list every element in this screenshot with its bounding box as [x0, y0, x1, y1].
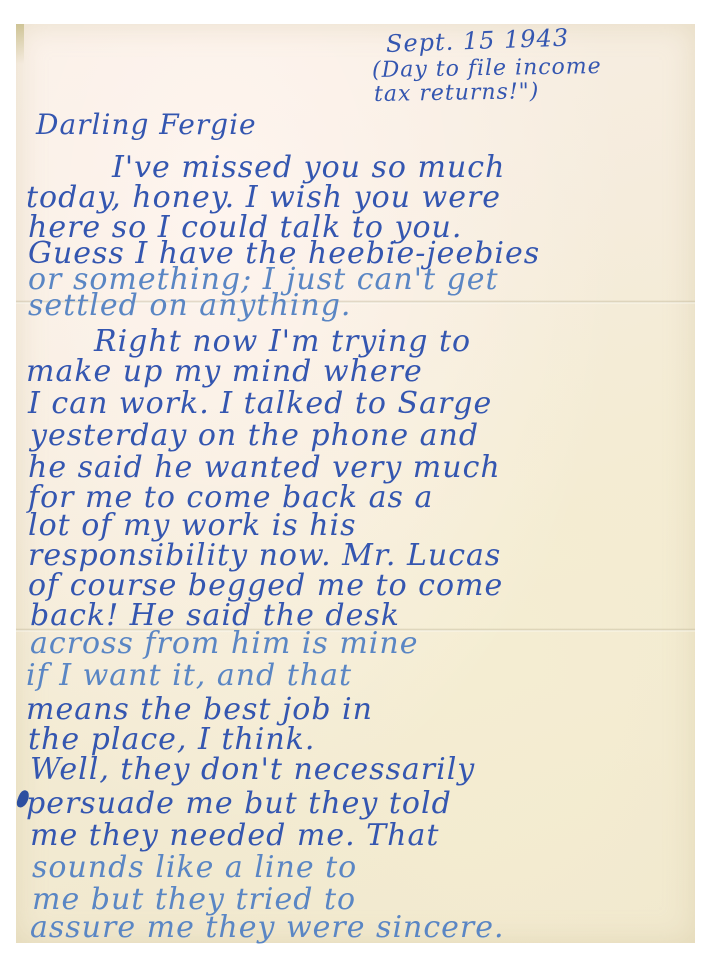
body-line: yesterday on the phone and — [30, 418, 479, 453]
body-line: make up my mind where — [26, 354, 423, 389]
letter-date-note-1: (Day to file income — [372, 54, 602, 83]
body-line: settled on anything. — [28, 288, 351, 323]
body-line: if I want it, and that — [26, 658, 352, 693]
letter-date-note-2: tax returns!") — [374, 79, 540, 107]
body-line: me they needed me. That — [30, 818, 439, 853]
body-line: assure me they were sincere. — [30, 910, 505, 945]
body-line: I can work. I talked to Sarge — [28, 386, 492, 421]
body-line: across from him is mine — [30, 626, 418, 661]
letter-salutation: Darling Fergie — [36, 108, 257, 141]
body-line: Well, they don't necessarily — [30, 752, 475, 787]
letter-date: Sept. 15 1943 — [386, 24, 570, 58]
letter-paper: Sept. 15 1943 (Day to file income tax re… — [16, 24, 695, 943]
body-line: sounds like a line to — [32, 850, 357, 885]
body-line: persuade me but they told — [26, 786, 452, 821]
